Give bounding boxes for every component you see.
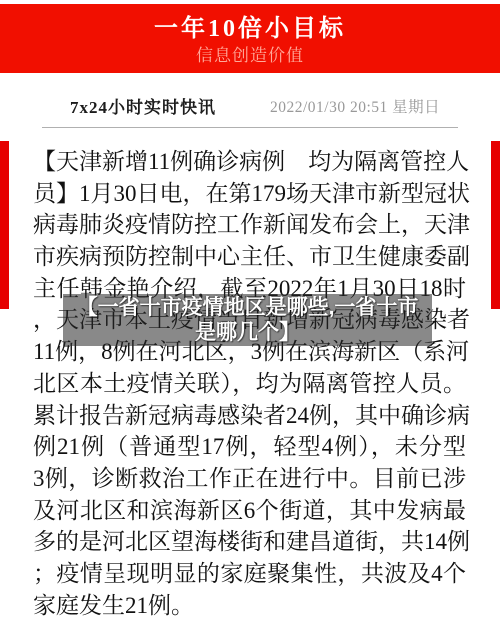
article-line: 例21例（普通型17例，轻型4例），未分型 — [33, 431, 466, 463]
article-line: 3例，诊断救治工作正在进行中。目前已涉 — [33, 463, 466, 495]
divider — [42, 127, 458, 128]
article-line: 市疾病预防控制中心主任、市卫生健康委副 — [33, 241, 466, 273]
article-line: 多的是河北区望海楼街和建昌道街，共14例 — [33, 526, 466, 558]
left-red-bar — [0, 141, 9, 309]
article-line: 家庭发生21例。 — [33, 590, 466, 622]
article-line: 累计报告新冠病毒感染者24例，其中确诊病 — [33, 400, 466, 432]
article-line: 员】1月30日电，在第179场天津市新型冠状 — [33, 178, 466, 210]
article-line: 及河北区和滨海新区6个街道，其中发病最 — [33, 495, 466, 527]
article-line: 【天津新增11例确诊病例 均为隔离管控人 — [33, 146, 466, 178]
article-line: 北区本土疫情关联），均为隔离管控人员。 — [33, 368, 466, 400]
news-page: 一年10倍小目标 信息创造价值 7x24小时实时快讯 2022/01/30 20… — [0, 0, 500, 640]
overlay-caption-line2: 是哪几个】 — [195, 320, 300, 345]
page-header: 一年10倍小目标 信息创造价值 — [0, 4, 500, 73]
overlay-caption: 【一省十市疫情地区是哪些,一省十市 是哪几个】 — [63, 294, 432, 346]
article-line: ；疫情呈现明显的家庭聚集性，共波及4个 — [33, 558, 466, 590]
article-body: 【天津新增11例确诊病例 均为隔离管控人员】1月30日电，在第179场天津市新型… — [33, 146, 466, 621]
article-line: 病毒肺炎疫情防控工作新闻发布会上，天津 — [33, 209, 466, 241]
header-subtitle: 信息创造价值 — [0, 46, 500, 66]
newsbar-datetime: 2022/01/30 20:51 星期日 — [270, 95, 440, 117]
newsbar-label: 7x24小时实时快讯 — [70, 93, 216, 118]
overlay-caption-line1: 【一省十市疫情地区是哪些,一省十市 — [77, 295, 419, 320]
header-title: 一年10倍小目标 — [0, 15, 500, 43]
right-red-bar — [491, 141, 500, 309]
